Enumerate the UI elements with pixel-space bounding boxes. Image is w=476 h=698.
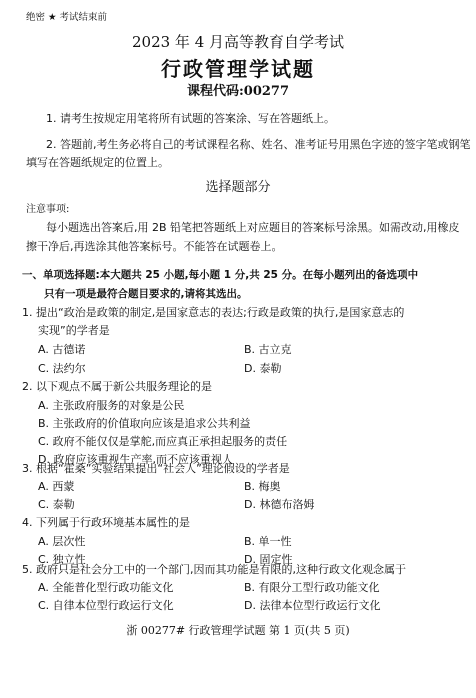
exam-title: 2023 年 4 月高等教育自学考试 (0, 33, 476, 51)
part1-heading-cont: 只有一项是最符合题目要求的,请将其选出。 (44, 287, 248, 301)
part1-heading: 一、单项选择题:本大题共 25 小题,每小题 1 分,共 25 分。在每小题列出… (22, 268, 418, 282)
section-title: 选择题部分 (0, 180, 476, 196)
option-c: C. 自律本位型行政运行文化 (38, 599, 174, 613)
option-d: D. 法律本位型行政运行文化 (244, 599, 380, 613)
option-b: B. 主张政府的价值取向应该是追求公共利益 (38, 417, 251, 431)
question-stem: 1. 提出“政治是政策的制定,是国家意志的表达;行政是政策的执行,是国家意志的 (22, 306, 404, 320)
option-c: C. 法约尔 (38, 362, 86, 376)
option-a: A. 西蒙 (38, 480, 74, 494)
option-d: D. 林德布洛姆 (244, 498, 314, 512)
question-stem: 4. 下列属于行政环境基本属性的是 (22, 516, 190, 530)
question-stem-cont: 实现”的学者是 (38, 324, 110, 338)
subject-title: 行政管理学试题 (0, 57, 476, 81)
question-stem: 3. 根据“霍桑”实验结果提出“社会人”理论假设的学者是 (22, 462, 290, 476)
option-a: A. 层次性 (38, 535, 85, 549)
option-b: B. 古立克 (244, 343, 292, 357)
option-b: B. 梅奥 (244, 480, 281, 494)
notes-line-2: 擦干净后,再选涂其他答案标号。不能答在试题卷上。 (26, 240, 283, 254)
option-b: B. 有限分工型行政功能文化 (244, 581, 380, 595)
notes-label: 注意事项: (26, 203, 69, 217)
instruction-2: 2. 答题前,考生务必将自己的考试课程名称、姓名、准考证号用黑色字迹的签字笔或钢… (46, 138, 471, 152)
question-stem: 5. 政府只是社会分工中的一个部门,因而其功能是有限的,这种行政文化观念属于 (22, 563, 406, 577)
question-stem: 2. 以下观点不属于新公共服务理论的是 (22, 380, 212, 394)
instruction-2-cont: 填写在答题纸规定的位置上。 (26, 156, 169, 170)
instruction-1: 1. 请考生按规定用笔将所有试题的答案涂、写在答题纸上。 (46, 112, 335, 126)
option-d: D. 泰勒 (244, 362, 281, 376)
option-a: A. 古德诺 (38, 343, 85, 357)
confidential-mark: 绝密 ★ 考试结束前 (26, 11, 107, 25)
option-c: C. 泰勒 (38, 498, 75, 512)
page-footer: 浙 00277# 行政管理学试题 第 1 页(共 5 页) (0, 624, 476, 638)
option-a: A. 主张政府服务的对象是公民 (38, 399, 184, 413)
option-c: C. 政府不能仅仅是掌舵,而应真正承担起服务的责任 (38, 435, 287, 449)
option-b: B. 单一性 (244, 535, 292, 549)
notes-line-1: 每小题选出答案后,用 2B 铅笔把答题纸上对应题目的答案标号涂黑。如需改动,用橡… (46, 221, 460, 235)
course-code: 课程代码:00277 (0, 84, 476, 100)
option-a: A. 全能普化型行政功能文化 (38, 581, 173, 595)
